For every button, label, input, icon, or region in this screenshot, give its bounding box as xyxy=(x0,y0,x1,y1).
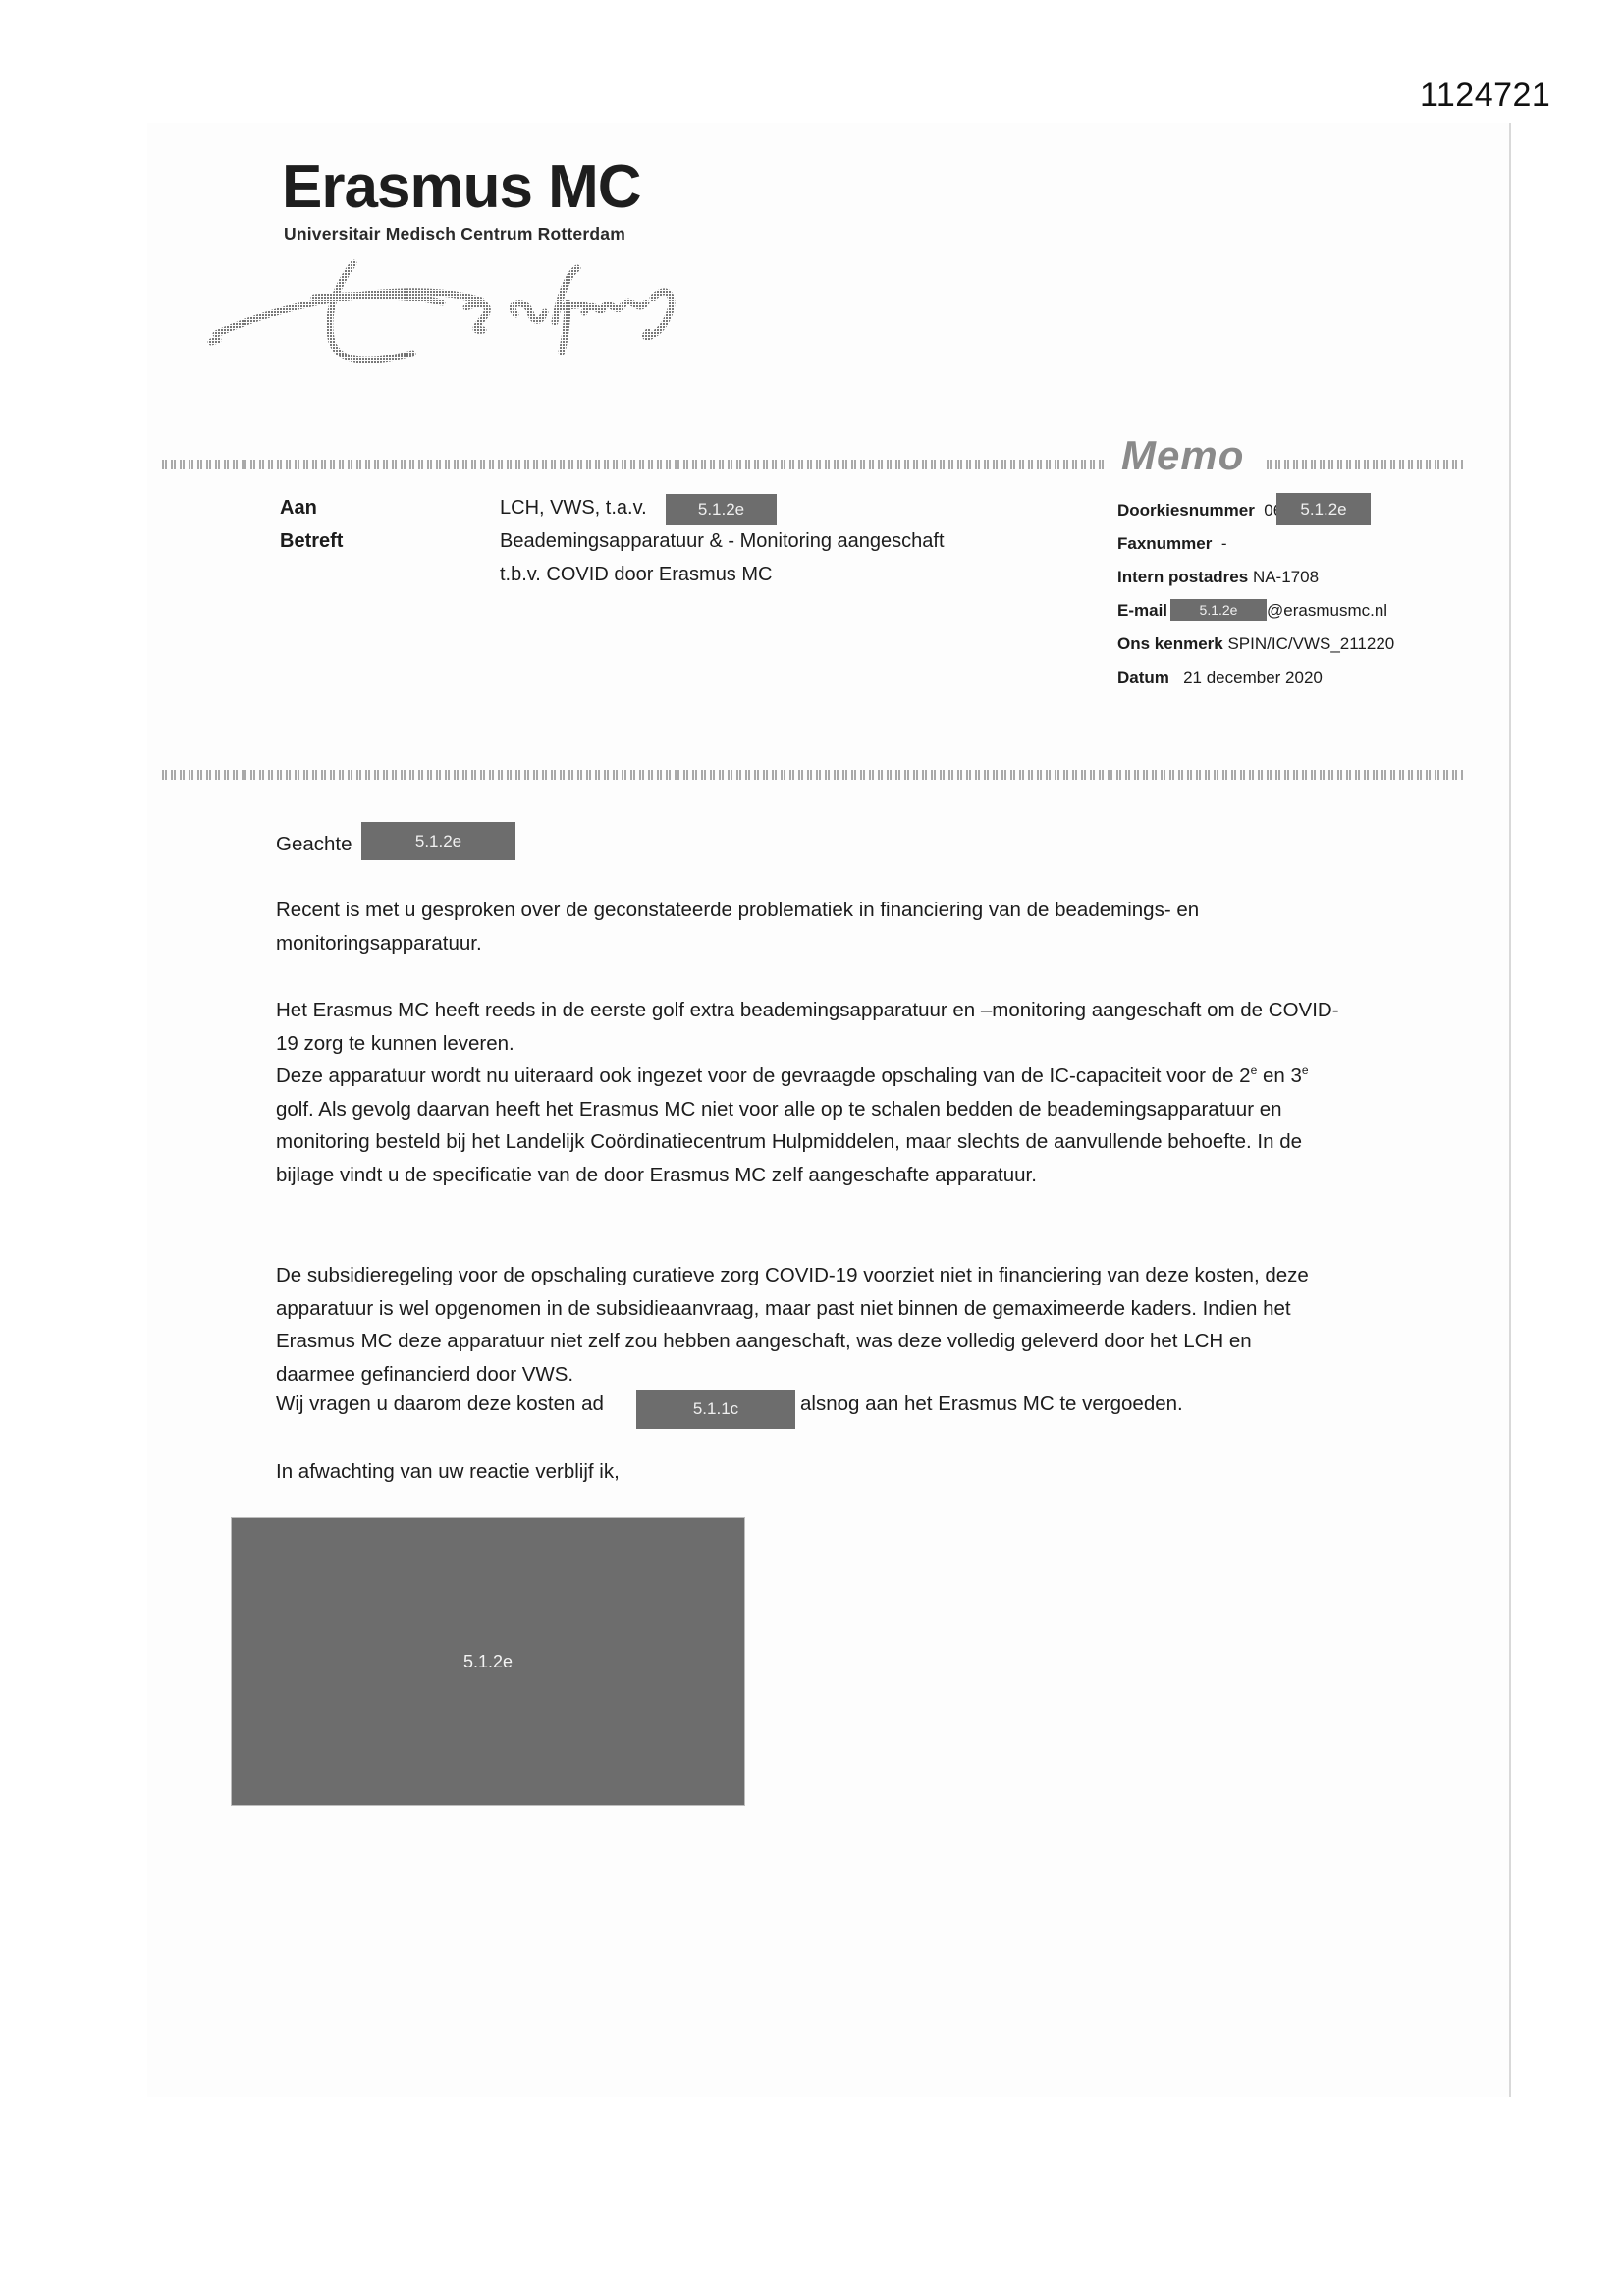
signature-icon xyxy=(206,244,717,381)
doorkiesnummer-label: Doorkiesnummer xyxy=(1117,501,1255,519)
paragraph-2b: Deze apparatuur wordt nu uiteraard ook i… xyxy=(276,1060,1346,1191)
datum-row: Datum 21 december 2020 xyxy=(1117,668,1323,687)
datum-label: Datum xyxy=(1117,668,1169,686)
ons-kenmerk-row: Ons kenmerk SPIN/IC/VWS_211220 xyxy=(1117,634,1394,654)
aan-redaction: 5.1.2e xyxy=(666,494,777,525)
betreft-label: Betreft xyxy=(280,530,343,553)
amount-redaction: 5.1.1c xyxy=(636,1390,795,1429)
intern-postadres-value: NA-1708 xyxy=(1253,568,1319,586)
header-bottom-divider xyxy=(162,770,1463,780)
scan-edge-line xyxy=(1509,123,1511,2097)
paragraph-1: Recent is met u gesproken over de gecons… xyxy=(276,894,1317,959)
memo-label: Memo xyxy=(1121,432,1244,479)
email-domain: @erasmusmc.nl xyxy=(1267,601,1387,621)
datum-value: 21 december 2020 xyxy=(1183,668,1323,686)
salutation: Geachte xyxy=(276,833,352,856)
email-label: E-mail xyxy=(1117,601,1167,620)
ons-kenmerk-value: SPIN/IC/VWS_211220 xyxy=(1227,634,1394,653)
logo-title: Erasmus MC xyxy=(282,157,641,218)
faxnummer-row: Faxnummer - xyxy=(1117,534,1227,554)
betreft-line-2: t.b.v. COVID door Erasmus MC xyxy=(500,564,772,586)
email-redaction: 5.1.2e xyxy=(1170,599,1267,621)
closing-line: In afwachting van uw reactie verblijf ik… xyxy=(276,1460,620,1484)
paragraph-3: De subsidieregeling voor de opschaling c… xyxy=(276,1259,1317,1391)
paragraph-2: Het Erasmus MC heeft reeds in de eerste … xyxy=(276,994,1346,1191)
aan-value: LCH, VWS, t.a.v. xyxy=(500,497,647,519)
email-row: E-mail xyxy=(1117,601,1167,621)
paragraph-2a: Het Erasmus MC heeft reeds in de eerste … xyxy=(276,994,1346,1060)
doorkiesnummer-redaction: 5.1.2e xyxy=(1276,493,1371,525)
faxnummer-label: Faxnummer xyxy=(1117,534,1212,553)
salutation-redaction: 5.1.2e xyxy=(361,822,515,860)
ons-kenmerk-label: Ons kenmerk xyxy=(1117,634,1223,653)
paragraph-4-end: alsnog aan het Erasmus MC te vergoeden. xyxy=(800,1393,1183,1416)
signature-redaction: 5.1.2e xyxy=(231,1517,745,1806)
faxnummer-value: - xyxy=(1221,534,1227,553)
betreft-line-1: Beademingsapparatuur & - Monitoring aang… xyxy=(500,530,945,553)
intern-postadres-label: Intern postadres xyxy=(1117,568,1248,586)
intern-postadres-row: Intern postadres NA-1708 xyxy=(1117,568,1319,587)
logo-subtitle: Universitair Medisch Centrum Rotterdam xyxy=(284,224,625,245)
document-number: 1124721 xyxy=(1420,77,1550,115)
header-divider-right xyxy=(1267,460,1463,469)
doorkiesnummer-row: Doorkiesnummer 06 xyxy=(1117,501,1282,520)
aan-label: Aan xyxy=(280,497,317,519)
header-divider-left xyxy=(162,460,1105,469)
paragraph-4-start: Wij vragen u daarom deze kosten ad xyxy=(276,1393,604,1416)
